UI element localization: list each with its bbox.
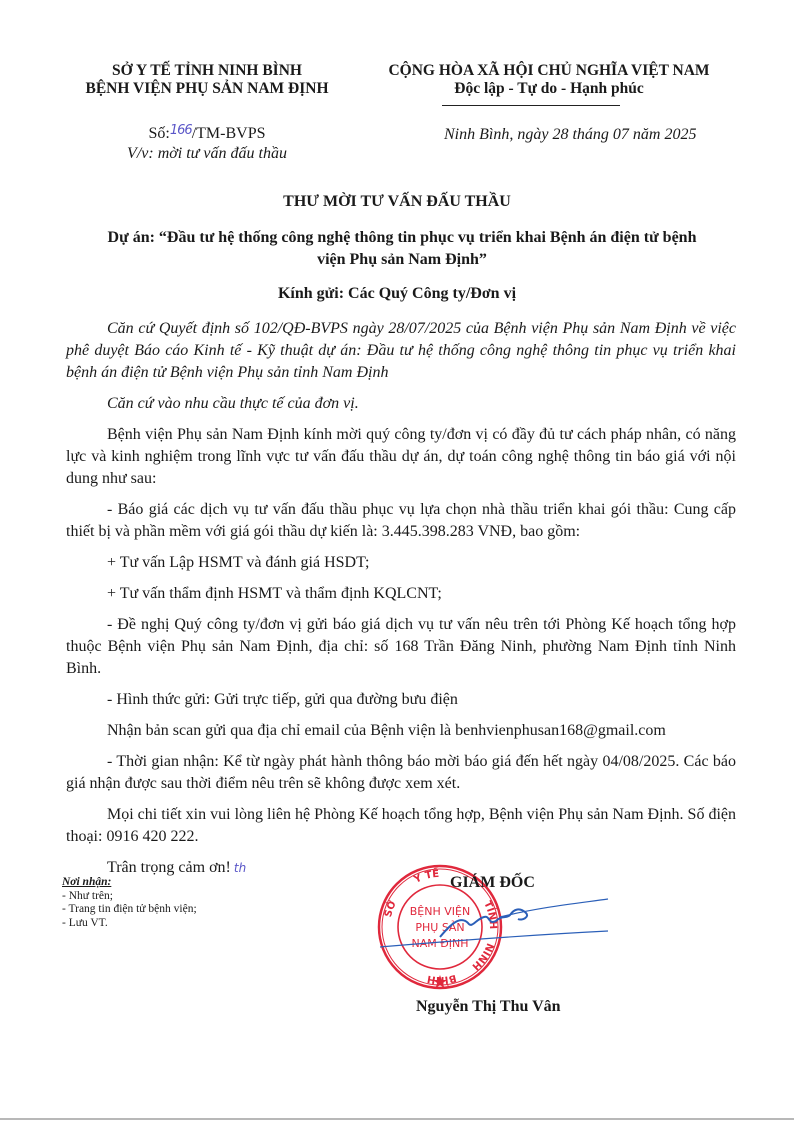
national-motto-block: CỘNG HÒA XÃ HỘI CHỦ NGHĨA VIỆT NAM Độc l… (364, 62, 734, 98)
letter-body: Căn cứ Quyết định số 102/QĐ-BVPS ngày 28… (66, 318, 736, 888)
document-number-block: Số:166/TM-BVPS V/v: mời tư vấn đấu thầu (62, 124, 352, 163)
issuer-department: SỞ Y TẾ TỈNH NINH BÌNH (62, 62, 352, 80)
page-edge (0, 1118, 794, 1120)
document-title: THƯ MỜI TƯ VẤN ĐẤU THẦU (0, 193, 794, 211)
item-hsmt-evaluation: + Tư vấn Lập HSMT và đánh giá HSDT; (66, 552, 736, 574)
paragraph-email: Nhận bản scan gửi qua địa chỉ email của … (66, 720, 736, 742)
recipient-item: - Trang tin điện tử bệnh viện; (62, 903, 197, 917)
document-number: Số:166/TM-BVPS (62, 124, 352, 144)
project-name: Dự án: “Đầu tư hệ thống công nghệ thông … (62, 227, 742, 271)
paragraph-invitation: Bệnh viện Phụ sản Nam Định kính mời quý … (66, 424, 736, 490)
document-date: Ninh Bình, ngày 28 tháng 07 năm 2025 (444, 126, 696, 144)
national-motto: Độc lập - Tự do - Hạnh phúc (364, 80, 734, 98)
item-appraisal: + Tư vấn thẩm định HSMT và thẩm định KQL… (66, 583, 736, 605)
recipients-block: Nơi nhận: - Như trên; - Trang tin điện t… (62, 876, 197, 930)
paragraph-deadline: - Thời gian nhận: Kể từ ngày phát hành t… (66, 751, 736, 795)
recipient-item: - Lưu VT. (62, 917, 197, 931)
paragraph-submission: - Đề nghị Quý công ty/đơn vị gửi báo giá… (66, 614, 736, 680)
signer-name: Nguyễn Thị Thu Vân (416, 998, 561, 1016)
addressee: Kính gửi: Các Quý Công ty/Đơn vị (0, 285, 794, 303)
handwritten-initials: th (234, 861, 246, 875)
paragraph-method: - Hình thức gửi: Gửi trực tiếp, gửi qua … (66, 689, 736, 711)
paragraph-needs: Căn cứ vào nhu cầu thực tế của đơn vị. (66, 393, 736, 415)
recipients-label: Nơi nhận: (62, 876, 197, 890)
recipient-item: - Như trên; (62, 890, 197, 904)
motto-underline (442, 105, 620, 106)
issuer-block: SỞ Y TẾ TỈNH NINH BÌNH BỆNH VIỆN PHỤ SẢN… (62, 62, 352, 98)
document-subject: V/v: mời tư vấn đấu thầu (62, 144, 352, 163)
paragraph-legal-basis: Căn cứ Quyết định số 102/QĐ-BVPS ngày 28… (66, 318, 736, 384)
handwritten-signature (380, 885, 610, 955)
issuer-hospital: BỆNH VIỆN PHỤ SẢN NAM ĐỊNH (62, 80, 352, 98)
national-title: CỘNG HÒA XÃ HỘI CHỦ NGHĨA VIỆT NAM (364, 62, 734, 80)
paragraph-quotation: - Báo giá các dịch vụ tư vấn đấu thầu ph… (66, 499, 736, 543)
paragraph-contact: Mọi chi tiết xin vui lòng liên hệ Phòng … (66, 804, 736, 848)
handwritten-number: 166 (170, 123, 192, 138)
